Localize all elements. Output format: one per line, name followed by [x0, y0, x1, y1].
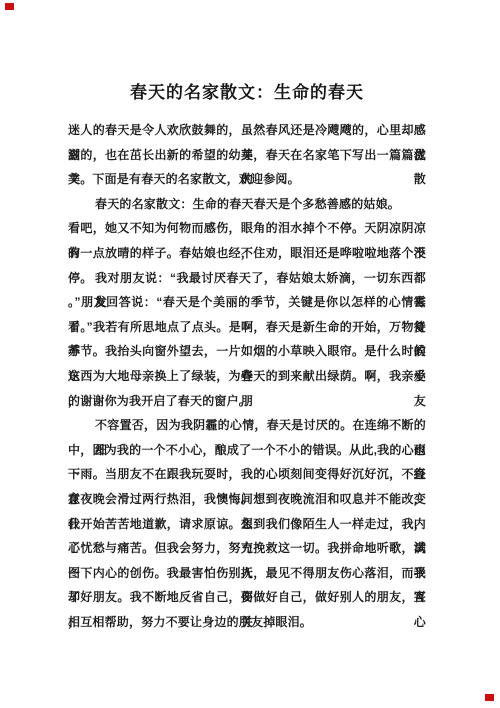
- paragraph-line: 。”朋友回答说：“春天是个美丽的季节，关键是你以怎样的心情去看待: [68, 290, 426, 315]
- paragraph: 迷人的春天是令人欢欣鼓舞的，虽然春风还是冷飕飕的，心里却感到美滋 滋的，也在茁长…: [68, 118, 426, 192]
- paragraph-line: 看吧，她又不知为何物而感伤，眼角的泪水掉个不停。天阴凉阴凉的，没: [68, 216, 426, 241]
- paragraph-line: 下雨。当朋友不在跟我玩耍时，我的心顷刻间变得好沉好沉，不经意间，: [68, 462, 426, 487]
- paragraph: 春天的名家散文：生命的春天春天是个多愁善感的姑娘。 看吧，她又不知为何物而感伤，…: [68, 192, 426, 266]
- document-title: 春天的名家散文：生命的春天: [68, 82, 426, 104]
- paragraph-line: 东西为大地母亲换上了绿装，为春天的到来献出绿荫。啊，我亲爱的朋友: [68, 364, 426, 389]
- paragraph: 不容置否，因为我阴霾的心情，春天是讨厌的。在连绵不断的细雨 中，因为我的一个不小…: [68, 413, 426, 634]
- corner-mark-top-left: [5, 3, 14, 10]
- paragraph-line: 迷人的春天是令人欢欣鼓舞的，虽然春风还是冷飕飕的，心里却感到美滋: [68, 118, 426, 143]
- paragraph-line: 了。”我若有所思地点了点头。是啊，春天是新生命的开始，万物复苏的: [68, 315, 426, 340]
- paragraph: 我对朋友说：“我最讨厌春天了，春姑娘太娇滴，一切东西都发霉 。”朋友回答说：“春…: [68, 266, 426, 414]
- corner-mark-bottom-right: [485, 694, 494, 701]
- paragraph-line: 了忧愁与痛苦。但我会努力，努力挽救这一切。我拼命地听歌，试图抚平: [68, 536, 426, 561]
- paragraph-line: 一下内心的创伤。我最害怕伤别人，最见不得朋友伤心落泪，而我却伤害: [68, 561, 426, 586]
- document-content: 春天的名家散文：生命的春天 迷人的春天是令人欢欣鼓舞的，虽然春风还是冷飕飕的，心…: [68, 82, 426, 634]
- paragraph-line: 不容置否，因为我阴霾的心情，春天是讨厌的。在连绵不断的细雨: [68, 413, 426, 438]
- paragraph-line: 我开始苦苦地道歉，请求原谅。想到我们像陌生人一样走过，我内心充满: [68, 512, 426, 537]
- paragraph-line: 季节。我抬头向窗外望去，一片如烟的小草映入眼帘。是什么时候这些小: [68, 339, 426, 364]
- paragraph-line: 中，因为我的一个不小心，酿成了一个不小的错误。从此,我的心也一直: [68, 438, 426, 463]
- paragraph-line: 在夜晚会滑过两行热泪，我懊悔。想到夜晚流泪和叹息并不能改变什么，: [68, 487, 426, 512]
- paragraph-line: 了好朋友。我不断地反省自己，要做好自己，做好别人的朋友，互相关心: [68, 585, 426, 610]
- paragraph-line: 滋的，也在茁长出新的希望的幼芽，春天在名家笔下写出一篇篇优美的散: [68, 143, 426, 168]
- document-page: 春天的名家散文：生命的春天 迷人的春天是令人欢欣鼓舞的，虽然春风还是冷飕飕的，心…: [0, 0, 500, 708]
- paragraph-line: 有一点放晴的样子。春姑娘也经不住劝，眼泪还是哗啦啦地落个不停。: [68, 241, 426, 266]
- paragraph-line: 春天的名家散文：生命的春天春天是个多愁善感的姑娘。: [68, 192, 426, 217]
- paragraph-line: 我对朋友说：“我最讨厌春天了，春姑娘太娇滴，一切东西都发霉: [68, 266, 426, 291]
